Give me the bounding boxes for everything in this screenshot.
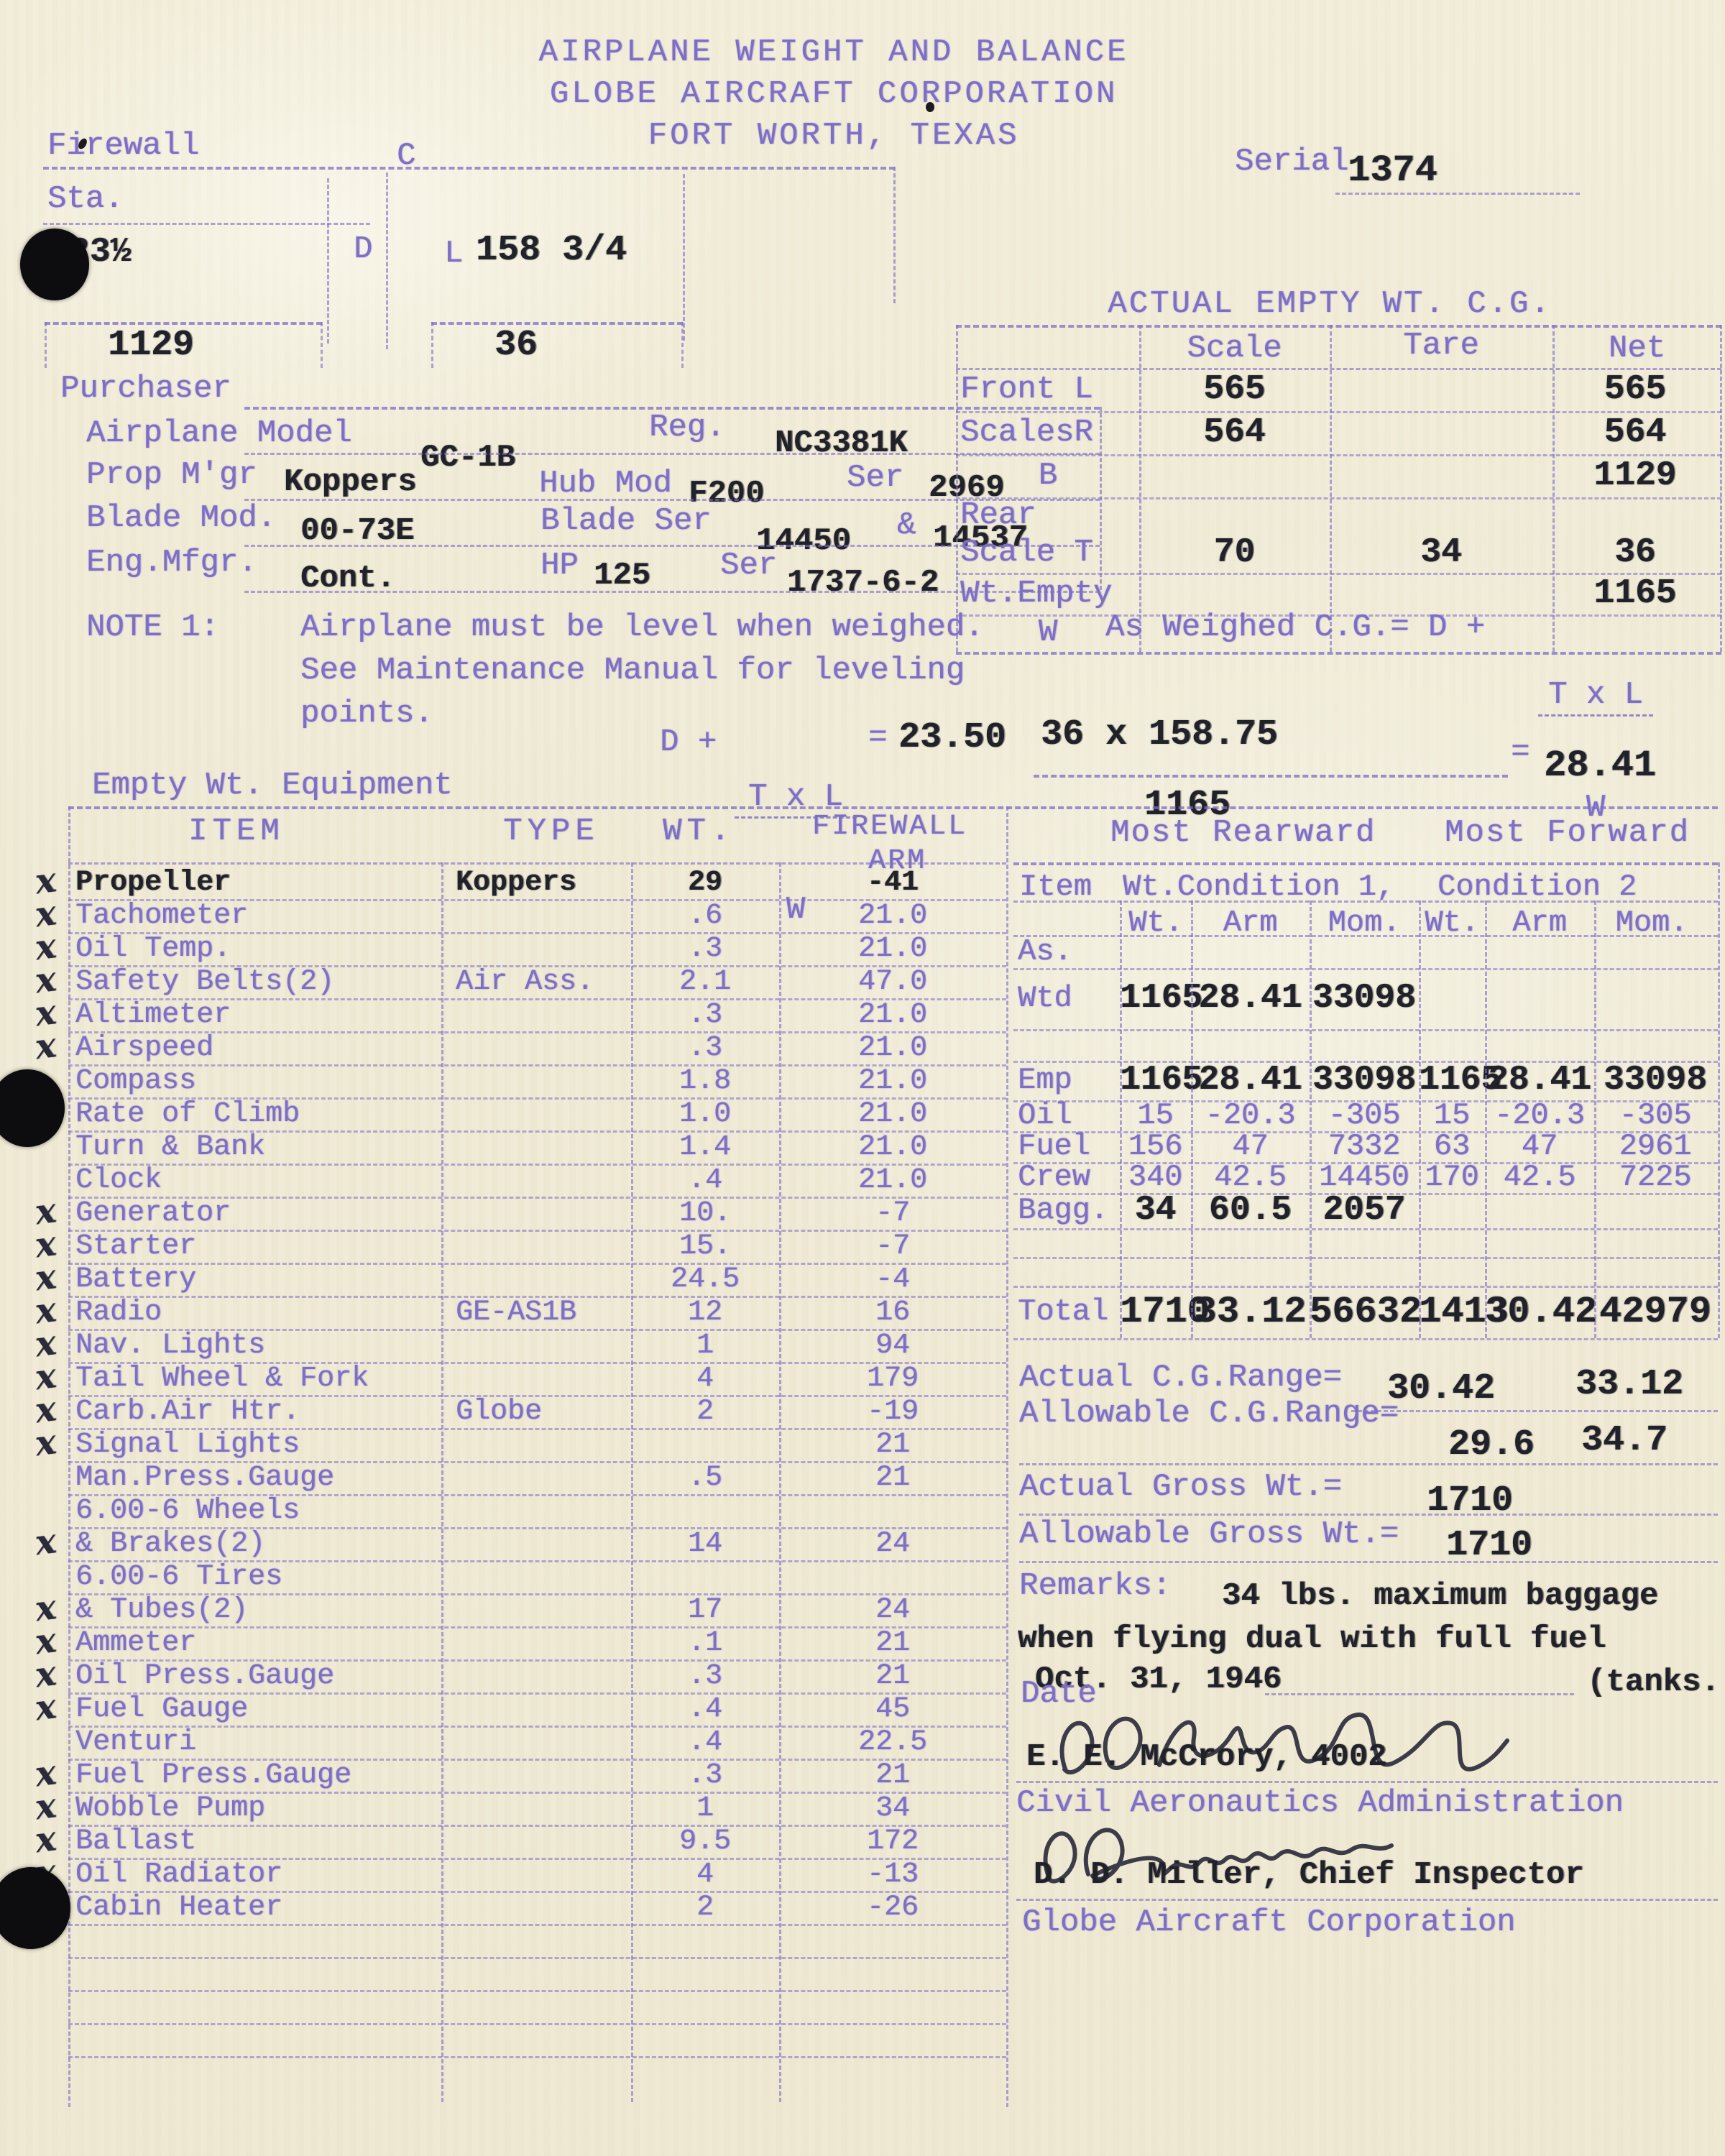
equipment-type: [446, 998, 639, 1031]
equipment-type: [446, 1924, 639, 1957]
equipment-arm: -19: [779, 1395, 1006, 1428]
equipment-arm: [779, 1924, 1006, 1957]
prop-mfgr-value: Koppers: [284, 464, 417, 500]
eng-mfgr-label: Eng.Mfgr.: [86, 545, 257, 581]
equipment-vline-1: [441, 862, 443, 2102]
equipment-item: Carb.Air Htr.: [75, 1395, 438, 1428]
condition-row-label: Crew: [1018, 1162, 1123, 1193]
equipment-type: Air Ass.: [446, 965, 639, 998]
note-line3: points.: [300, 696, 433, 732]
serial-underline: [1335, 193, 1580, 195]
condition-cell: 7225: [1594, 1162, 1716, 1193]
table-row: xRadioGE-AS1B1216: [68, 1296, 1006, 1331]
empty-cg-col-scale: Scale: [1139, 331, 1330, 367]
equipment-item: Signal Lights: [75, 1428, 438, 1461]
equipment-arm: [779, 1560, 1006, 1593]
table-row: [1013, 1228, 1718, 1259]
table-row: xOil Temp..321.0: [68, 932, 1006, 967]
table-row: 6.00-6 Tires: [68, 1560, 1006, 1595]
eng-ser-value: 1737-6-2: [787, 565, 939, 601]
equipment-arm: -13: [779, 1858, 1006, 1891]
equipment-col-item: ITEM: [188, 814, 285, 849]
equipment-item: [75, 1924, 438, 1957]
condition-cell: 33098: [1310, 968, 1419, 1029]
equipment-vline-3: [779, 862, 781, 2102]
tables-top-line: [68, 806, 1718, 809]
equipment-weight: 12: [631, 1296, 779, 1329]
condition-row-label: Oil: [1018, 1100, 1123, 1131]
diagram-right-tick: [893, 167, 896, 303]
equipment-weight: [631, 1428, 779, 1461]
empty-cg-vline-left: [956, 325, 958, 652]
table-row: Total171033.1256632141330.4242979: [1013, 1286, 1718, 1340]
table-row: xStarter15.-7: [68, 1230, 1006, 1265]
table-row: xAmmeter.121: [68, 1626, 1006, 1662]
table-row: [68, 1924, 1006, 1959]
diagram-bracket-right-tick1: [431, 322, 433, 368]
equipment-arm: 172: [779, 1825, 1006, 1858]
reg-value: NC3381K: [775, 425, 908, 461]
equipment-type: [446, 899, 639, 932]
equipment-weight: [631, 1494, 779, 1527]
equipment-type: [446, 1164, 639, 1197]
equipment-item: Fuel Press.Gauge: [75, 1759, 438, 1792]
equipment-arm: 34: [779, 1792, 1006, 1825]
airplane-model-value: GC-1B: [420, 440, 515, 476]
equipment-arm: 21.0: [779, 998, 1006, 1031]
conditions-vline-right: [1718, 862, 1720, 1338]
equipment-type: [446, 1461, 639, 1494]
diagram-point-d: D: [354, 231, 372, 267]
equipment-item: Radio: [75, 1296, 438, 1329]
equipment-arm: 21: [779, 1626, 1006, 1659]
table-row: B1129: [956, 454, 1721, 499]
equipment-item: Cabin Heater: [75, 1891, 438, 1924]
table-row: Man.Press.Gauge.521: [68, 1461, 1006, 1496]
equipment-arm: 21.0: [779, 1164, 1006, 1197]
form-title-line2: GLOBE AIRCRAFT CORPORATION: [496, 76, 1172, 112]
condition-row-label: Emp: [1018, 1061, 1123, 1100]
equipment-arm: 16: [779, 1296, 1006, 1329]
condition-cell: 47: [1485, 1131, 1594, 1162]
equipment-type: [446, 1990, 639, 2023]
conditions-head-item: Item: [1019, 870, 1092, 904]
inspector1-name: E. E. McCrory, 4002: [1026, 1739, 1387, 1775]
equipment-type: [446, 1891, 639, 1924]
reg-label: Reg.: [649, 410, 725, 446]
table-row: xCarb.Air Htr.Globe2-19: [68, 1395, 1006, 1430]
equipment-item: Propeller: [75, 866, 438, 899]
equipment-weight: 4: [631, 1362, 779, 1395]
condition-cell: 42.5: [1191, 1162, 1310, 1193]
empty-cg-scale-value: 564: [1139, 411, 1330, 454]
equipment-type: [446, 1726, 639, 1759]
allow-cg-min: 29.6: [1448, 1424, 1535, 1465]
actual-cg-min: 30.42: [1387, 1368, 1495, 1409]
empty-cg-net-value: 1129: [1552, 454, 1718, 497]
equipment-item: [75, 2023, 438, 2056]
empty-cg-row-label: Scale T: [960, 533, 1136, 573]
diagram-sta-label: Sta.: [47, 181, 124, 217]
equipment-weight: .3: [631, 1031, 779, 1064]
table-row: x& Brakes(2)1424: [68, 1527, 1006, 1562]
conditions-vline-4: [1419, 900, 1421, 1338]
empty-cg-bottom-line: [956, 652, 1721, 655]
purchaser-title: Purchaser: [60, 371, 231, 407]
condition-cell: 156: [1120, 1131, 1191, 1162]
equipment-type: [446, 1097, 639, 1130]
table-row: Venturi.422.5: [68, 1726, 1006, 1761]
hub-mod-label: Hub Mod: [539, 466, 672, 502]
conditions-top-line: [1013, 862, 1718, 865]
formula-eq2: =: [1511, 734, 1529, 770]
equipment-arm: 21.0: [779, 1130, 1006, 1164]
equipment-type: [446, 1825, 639, 1858]
equipment-header-line: [68, 862, 1006, 865]
equipment-arm: 21: [779, 1428, 1006, 1461]
table-row: Emp116528.4133098116528.4133098: [1013, 1061, 1718, 1102]
empty-cg-row-label: B: [960, 454, 1136, 497]
inspector2-name: D. D. Miller, Chief Inspector: [1034, 1857, 1584, 1893]
condition-cell: 28.41: [1191, 968, 1310, 1029]
equipment-weight: .3: [631, 1759, 779, 1792]
empty-cg-row-label: Wt.Empty: [960, 573, 1136, 614]
equipment-arm: 22.5: [779, 1726, 1006, 1759]
diagram-firewall-label: Firewall: [47, 128, 199, 164]
condition-row-label: Wtd: [1018, 968, 1123, 1029]
equipment-arm: [779, 1957, 1006, 1990]
empty-cg-net-value: 36: [1552, 533, 1718, 573]
equipment-arm: 21: [779, 1461, 1006, 1494]
table-row: Wt.Empty1165: [956, 573, 1721, 617]
table-row: xTachometer.621.0: [68, 899, 1006, 934]
equipment-arm: 47.0: [779, 965, 1006, 998]
condition-cell: 15: [1419, 1100, 1485, 1131]
form-title-line1: AIRPLANE WEIGHT AND BALANCE: [496, 34, 1172, 70]
equipment-arm: -7: [779, 1230, 1006, 1263]
condition-row-label: Fuel: [1018, 1131, 1123, 1162]
equipment-type: [446, 1957, 639, 1990]
serial-value: 1374: [1348, 149, 1437, 192]
equipment-weight: 4: [631, 1858, 779, 1891]
empty-cg-row-label: Front L: [960, 368, 1136, 411]
conditions-head-line: [1013, 900, 1718, 903]
equipment-item: Generator: [75, 1197, 438, 1230]
empty-cg-vline-1: [1139, 325, 1141, 652]
equipment-weight: .3: [631, 1659, 779, 1692]
equipment-type: [446, 1428, 639, 1461]
empty-cg-col-tare: Tare: [1330, 328, 1552, 364]
equipment-col-wt: WT.: [663, 814, 735, 849]
equipment-item: Tachometer: [75, 899, 438, 932]
equipment-weight: [631, 1924, 779, 1957]
equipment-item: & Brakes(2): [75, 1527, 438, 1560]
conditions-vline-3: [1310, 900, 1312, 1338]
note-line2: See Maintenance Manual for leveling: [300, 653, 965, 688]
condition-row-label: [1018, 1228, 1123, 1257]
condition-cell: 34: [1120, 1193, 1191, 1228]
allow-gross-value: 1710: [1446, 1525, 1532, 1566]
diagram-bracket-left-tick1: [45, 322, 47, 368]
note-label: NOTE 1:: [86, 609, 219, 645]
equipment-type: [446, 1230, 639, 1263]
most-forward-label: Most Forward: [1445, 815, 1690, 851]
equipment-item: Wobble Pump: [75, 1792, 438, 1825]
empty-cg-vline-2: [1330, 325, 1332, 652]
condition-row-label: As.: [1018, 935, 1123, 968]
ink-speck-1: [926, 102, 934, 112]
allow-gross-label: Allowable Gross Wt.=: [1019, 1516, 1399, 1552]
hole-punch-1: [20, 229, 89, 300]
equipment-weight: 14: [631, 1527, 779, 1560]
equipment-arm: 21.0: [779, 899, 1006, 932]
condition-cell: 33.12: [1191, 1286, 1310, 1338]
diagram-bracket-right: [431, 322, 683, 325]
equipment-arm: 24: [779, 1527, 1006, 1560]
check-mark: x: [33, 1424, 68, 1462]
table-row: Clock.421.0: [68, 1164, 1006, 1199]
table-row: Turn & Bank1.421.0: [68, 1130, 1006, 1166]
eng-ser-label: Ser: [720, 548, 777, 584]
note-line1: Airplane must be level when weighed.: [300, 609, 984, 645]
condition-cell: -20.3: [1191, 1100, 1310, 1131]
formula-eq1: =: [868, 720, 887, 756]
equipment-col-type: TYPE: [503, 814, 599, 849]
equipment-arm: 21.0: [779, 1031, 1006, 1064]
table-row: Compass1.821.0: [68, 1064, 1006, 1100]
table-row: Rate of Climb1.021.0: [68, 1097, 1006, 1133]
blade-mod-value: 00-73E: [300, 513, 414, 549]
condition-cell: 1165: [1120, 1061, 1191, 1100]
table-row: xOil Press.Gauge.321: [68, 1659, 1006, 1695]
condition-cell: 33098: [1594, 1061, 1716, 1100]
table-row: W: [956, 614, 1721, 650]
condition-cell: 15: [1120, 1100, 1191, 1131]
equipment-type: Koppers: [446, 866, 639, 899]
empty-cg-tare-value: 34: [1330, 533, 1552, 573]
condition-cell: 30.42: [1485, 1286, 1594, 1338]
equipment-item: Oil Temp.: [75, 932, 438, 965]
equipment-type: [446, 1494, 639, 1527]
empty-cg-scale-value: 565: [1139, 368, 1330, 411]
equipment-weight: 1.4: [631, 1130, 779, 1164]
equipment-weight: .5: [631, 1461, 779, 1494]
equipment-weight: 17: [631, 1593, 779, 1626]
condition-row-label: Bagg.: [1018, 1193, 1123, 1228]
empty-cg-net-value: 1165: [1552, 573, 1718, 614]
actual-cg-max: 33.12: [1575, 1364, 1683, 1405]
check-mark: x: [33, 1027, 68, 1065]
equipment-type: [446, 2023, 639, 2056]
blade-ser-label: Blade Ser: [540, 503, 712, 539]
equipment-weight: 1.8: [631, 1064, 779, 1097]
formula-expr: 36 x 158.75: [1041, 714, 1278, 755]
equipment-weight: [631, 1560, 779, 1593]
empty-cg-row-label: Rear: [960, 497, 1136, 533]
equipment-type: [446, 1197, 639, 1230]
check-mark: x: [33, 1688, 68, 1726]
most-rearward-label: Most Rearward: [1110, 815, 1376, 851]
equipment-item: Battery: [75, 1263, 438, 1296]
table-row: ScalesR564564: [956, 411, 1721, 456]
formula-result2: 28.41: [1544, 745, 1656, 787]
condition-cell: -305: [1594, 1100, 1716, 1131]
allow-cg-range-label: Allowable C.G.Range=: [1019, 1396, 1399, 1432]
diagram-bracket-right-tick2: [681, 322, 684, 368]
serial-label: Serial: [1235, 144, 1348, 180]
diagram-length-value: 158 3/4: [476, 230, 627, 271]
equipment-item: Turn & Bank: [75, 1130, 438, 1164]
equipment-arm: [779, 2023, 1006, 2056]
equipment-weight: 2.1: [631, 965, 779, 998]
equipment-weight: 2: [631, 1891, 779, 1924]
condition-cell: 7332: [1310, 1131, 1419, 1162]
equipment-item: Compass: [75, 1064, 438, 1097]
formula-result1: 23.50: [898, 717, 1006, 758]
equipment-type: [446, 1064, 639, 1097]
equipment-item: Venturi: [75, 1726, 438, 1759]
remarks-line3-paren: (tanks.: [1587, 1664, 1720, 1700]
table-row: Rear: [956, 497, 1721, 533]
equipment-weight: 1.0: [631, 1097, 779, 1130]
equipment-weight: .6: [631, 899, 779, 932]
company-name: Globe Aircraft Corporation: [1022, 1904, 1516, 1940]
summary-line3: [1019, 1561, 1718, 1563]
conditions-head-cond1: Wt.Condition 1,: [1123, 870, 1394, 904]
equipment-arm: 94: [779, 1329, 1006, 1362]
condition-cell: 2057: [1310, 1193, 1419, 1228]
table-row: xNav. Lights194: [68, 1329, 1006, 1364]
conditions-head-cond2: Condition 2: [1437, 870, 1637, 904]
equipment-item: Fuel Gauge: [75, 1692, 438, 1726]
empty-cg-scale-value: 70: [1139, 533, 1330, 573]
conditions-vline-6: [1594, 900, 1596, 1338]
equipment-type: GE-AS1B: [446, 1296, 639, 1329]
condition-cell: -20.3: [1485, 1100, 1594, 1131]
equipment-item: 6.00-6 Wheels: [75, 1494, 438, 1527]
equipment-type: [446, 1560, 639, 1593]
diagram-box-right: [683, 174, 685, 341]
equipment-type: [446, 1659, 639, 1692]
airplane-model-label: Airplane Model: [86, 415, 352, 451]
equipment-item: Ballast: [75, 1825, 438, 1858]
equipment-arm: -4: [779, 1263, 1006, 1296]
equipment-arm: 45: [779, 1692, 1006, 1726]
equipment-weight: [631, 1957, 779, 1990]
table-row: xFuel Press.Gauge.321: [68, 1759, 1006, 1794]
equipment-item: Tail Wheel & Fork: [75, 1362, 438, 1395]
condition-cell: 340: [1120, 1162, 1191, 1193]
blade-ser-amp: &: [897, 507, 916, 543]
condition-row-label: [1018, 1257, 1123, 1286]
condition-cell: 33098: [1310, 1061, 1419, 1100]
table-row: xOil Radiator4-13: [68, 1858, 1006, 1893]
empty-cg-title: ACTUAL EMPTY WT. C.G.: [1006, 286, 1653, 322]
table-row: Scale T703436: [956, 533, 1721, 575]
equipment-type: [446, 1626, 639, 1659]
equipment-item: Altimeter: [75, 998, 438, 1031]
check-mark: x: [33, 1523, 68, 1561]
table-row: xAltimeter.321.0: [68, 998, 1006, 1033]
formula-lhs: D +: [660, 724, 717, 760]
table-row: [68, 1957, 1006, 1992]
conditions-vline-2: [1191, 900, 1193, 1338]
equipment-rows: xPropellerKoppers29-41xTachometer.621.0x…: [68, 866, 1006, 2056]
remarks-label: Remarks:: [1019, 1568, 1171, 1604]
prop-mfgr-label: Prop M'gr: [86, 457, 257, 493]
equipment-vline-right: [1006, 806, 1008, 2107]
table-row: xFuel Gauge.445: [68, 1692, 1006, 1728]
equipment-type: Globe: [446, 1395, 639, 1428]
as-weighed-frac-num: T x L: [1538, 677, 1653, 717]
equipment-arm: 21.0: [779, 1097, 1006, 1130]
equipment-item: Safety Belts(2): [75, 965, 438, 998]
condition-cell: 60.5: [1191, 1193, 1310, 1228]
form-title-line3: FORT WORTH, TEXAS: [496, 118, 1172, 154]
equipment-weight: [631, 2023, 779, 2056]
remarks-line1: 34 lbs. maximum baggage: [1222, 1578, 1658, 1614]
table-row: xWobble Pump134: [68, 1792, 1006, 1827]
equipment-type: [446, 932, 639, 965]
table-row: xBattery24.5-4: [68, 1263, 1006, 1298]
diagram-t-dim: 36: [494, 325, 538, 366]
conditions-vline-1: [1120, 900, 1122, 1338]
signoff-line2: [1016, 1899, 1718, 1901]
equipment-item: & Tubes(2): [75, 1593, 438, 1626]
hole-punch-2: [0, 1069, 65, 1147]
equipment-arm: 179: [779, 1362, 1006, 1395]
equipment-arm: 21.0: [779, 932, 1006, 965]
equipment-weight: 2: [631, 1395, 779, 1428]
empty-cg-vline-right: [1720, 325, 1722, 652]
condition-cell: 14450: [1310, 1162, 1419, 1193]
equipment-item: Oil Press.Gauge: [75, 1659, 438, 1692]
table-row: xTail Wheel & Fork4179: [68, 1362, 1006, 1397]
equipment-weight: .3: [631, 932, 779, 965]
condition-cell: 1165: [1120, 968, 1191, 1029]
empty-cg-net-value: 564: [1552, 411, 1718, 454]
table-row: Wtd116528.4133098: [1013, 968, 1718, 1031]
equipment-arm: [779, 1990, 1006, 2023]
equipment-arm: -7: [779, 1197, 1006, 1230]
empty-cg-col-net: Net: [1552, 331, 1721, 367]
condition-row-label: Total: [1018, 1286, 1123, 1338]
table-row: Front L565565: [956, 368, 1721, 413]
allow-cg-max: 34.7: [1581, 1420, 1667, 1461]
cg-range-line1: [1351, 1410, 1718, 1412]
equipment-weight: .4: [631, 1726, 779, 1759]
table-row: [1013, 1257, 1718, 1288]
equipment-vline-2: [631, 862, 633, 2102]
table-row: xGenerator10.-7: [68, 1197, 1006, 1232]
diagram-total-dim: 1129: [108, 325, 194, 366]
equipment-item: Oil Radiator: [75, 1858, 438, 1891]
condition-cell: 28.41: [1485, 1061, 1594, 1100]
condition-cell: 170: [1419, 1162, 1485, 1193]
summary-line1: [1019, 1463, 1718, 1465]
table-row: Bagg.3460.52057: [1013, 1193, 1718, 1230]
table-row: [1013, 1029, 1718, 1063]
equipment-item: Nav. Lights: [75, 1329, 438, 1362]
equipment-weight: 15.: [631, 1230, 779, 1263]
equipment-arm: [779, 1494, 1006, 1527]
empty-cg-vline-3: [1552, 325, 1555, 652]
condition-cell: 28.41: [1191, 1061, 1310, 1100]
table-row: x& Tubes(2)1724: [68, 1593, 1006, 1628]
conditions-rows: As.Wtd116528.4133098Emp116528.4133098116…: [1013, 935, 1718, 1338]
equipment-weight: 9.5: [631, 1825, 779, 1858]
equipment-type: [446, 1759, 639, 1792]
